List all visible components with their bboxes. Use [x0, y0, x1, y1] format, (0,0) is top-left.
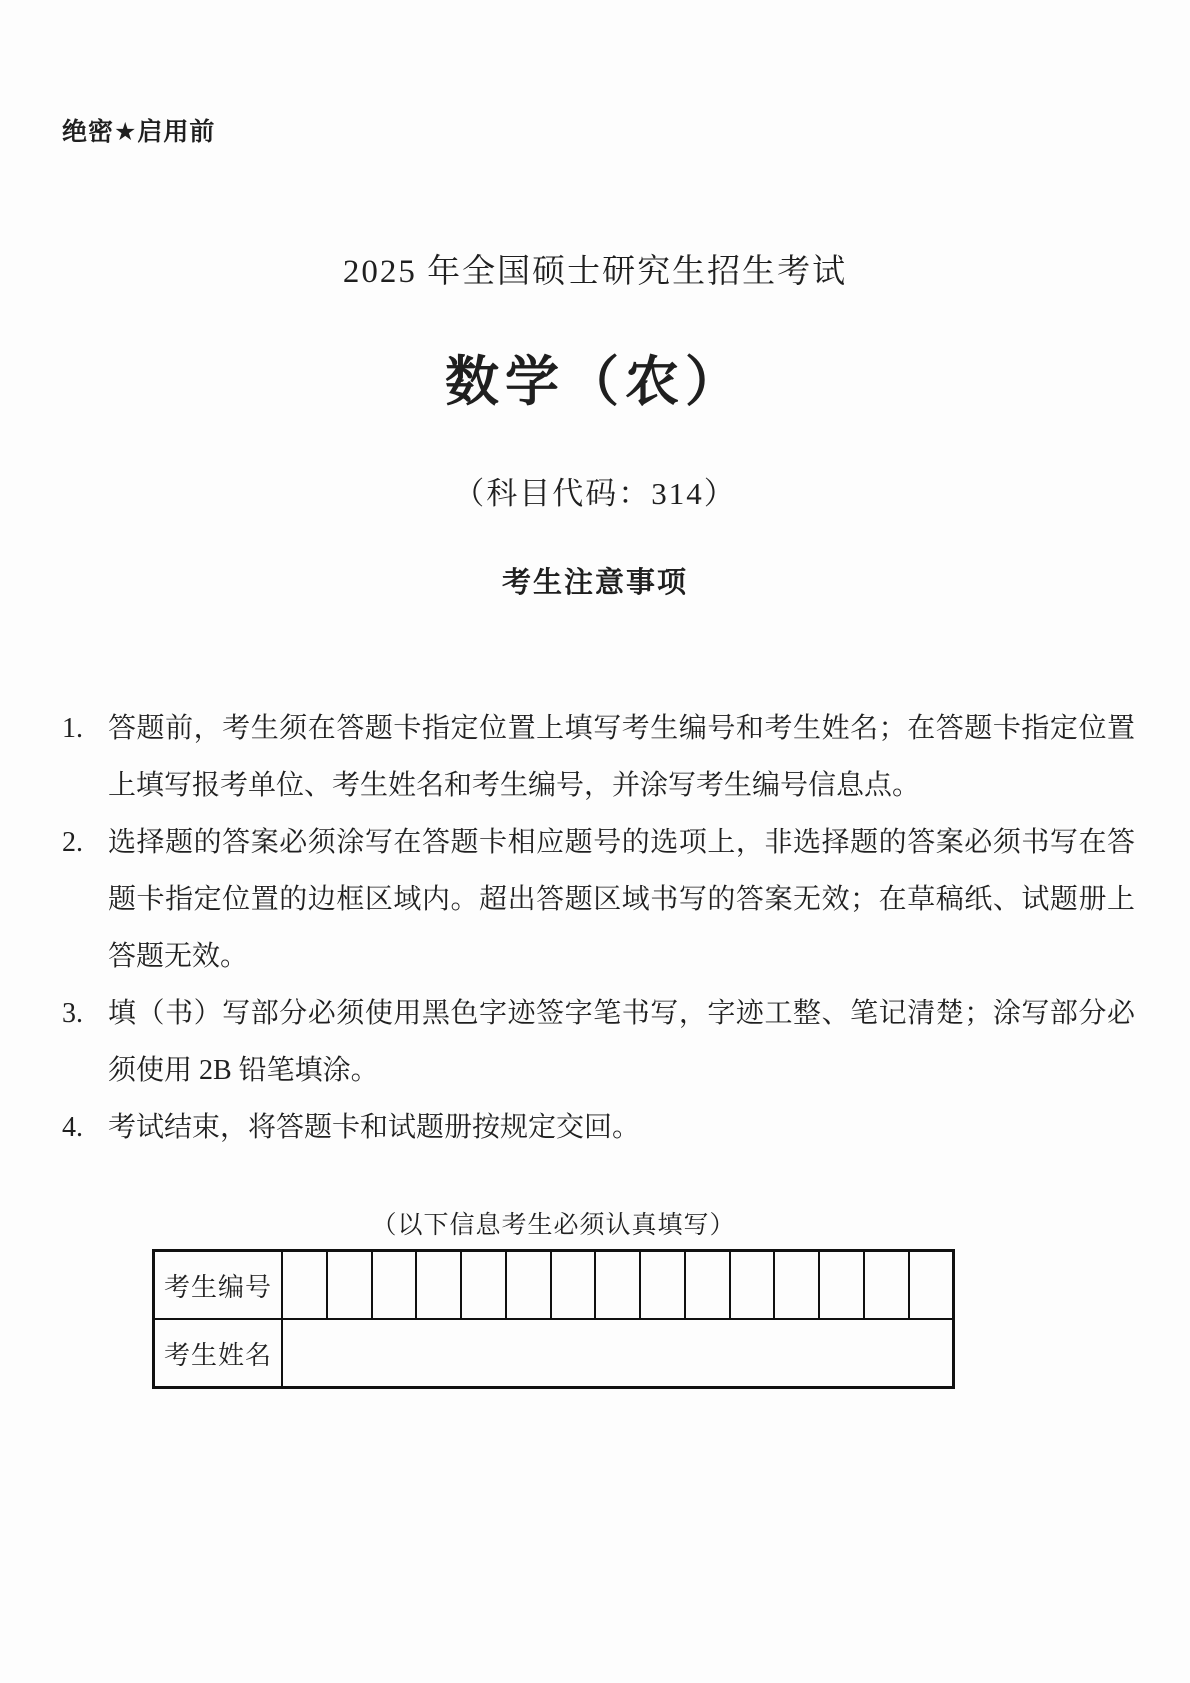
notice-text: 填（书）写部分必须使用黑色字迹签字笔书写，字迹工整、笔记清楚；涂写部分必须使用 … — [108, 985, 1135, 1099]
form-blank-cell — [909, 1251, 954, 1320]
notice-text: 选择题的答案必须涂写在答题卡相应题号的选项上，非选择题的答案必须书写在答题卡指定… — [108, 814, 1135, 985]
form-blank-cell — [327, 1251, 372, 1320]
exam-title: 2025 年全国硕士研究生招生考试 — [0, 245, 1190, 292]
fill-form-section: （以下信息考生必须认真填写） 考生编号 考生姓名 — [152, 1205, 955, 1389]
form-blank-cell — [372, 1251, 417, 1320]
form-blank-cell — [685, 1251, 730, 1320]
title-block: 2025 年全国硕士研究生招生考试 数学（农） （科目代码：314） — [0, 245, 1190, 513]
notice-item-1: 1. 答题前，考生须在答题卡指定位置上填写考生编号和考生姓名；在答题卡指定位置上… — [62, 700, 1135, 814]
notice-item-3: 3. 填（书）写部分必须使用黑色字迹签字笔书写，字迹工整、笔记清楚；涂写部分必须… — [62, 985, 1135, 1099]
form-blank-cell — [819, 1251, 864, 1320]
form-blank-cell — [461, 1251, 506, 1320]
notice-number: 3. — [62, 985, 108, 1042]
form-blank-cell — [774, 1251, 819, 1320]
notice-text: 答题前，考生须在答题卡指定位置上填写考生编号和考生姓名；在答题卡指定位置上填写报… — [108, 700, 1135, 814]
subject-code: （科目代码：314） — [0, 468, 1190, 513]
notice-list: 1. 答题前，考生须在答题卡指定位置上填写考生编号和考生姓名；在答题卡指定位置上… — [62, 700, 1135, 1156]
form-blank-cell — [282, 1251, 327, 1320]
notice-heading: 考生注意事项 — [0, 560, 1190, 601]
candidate-number-label: 考生编号 — [154, 1251, 283, 1320]
form-blank-cell — [282, 1319, 954, 1388]
notice-item-4: 4. 考试结束，将答题卡和试题册按规定交回。 — [62, 1099, 1135, 1156]
notice-item-2: 2. 选择题的答案必须涂写在答题卡相应题号的选项上，非选择题的答案必须书写在答题… — [62, 814, 1135, 985]
candidate-name-label: 考生姓名 — [154, 1319, 283, 1388]
fill-form-row: 考生编号 — [154, 1251, 954, 1320]
fill-form-row: 考生姓名 — [154, 1319, 954, 1388]
exam-cover-page: 绝密★启用前 2025 年全国硕士研究生招生考试 数学（农） （科目代码：314… — [0, 0, 1190, 1683]
subject-title: 数学（农） — [0, 339, 1190, 416]
classification-label: 绝密★启用前 — [62, 112, 215, 148]
notice-number: 4. — [62, 1099, 108, 1156]
notice-number: 1. — [62, 700, 108, 757]
fill-form-table: 考生编号 考生姓名 — [152, 1249, 955, 1389]
form-blank-cell — [864, 1251, 909, 1320]
form-blank-cell — [730, 1251, 775, 1320]
fill-form-caption: （以下信息考生必须认真填写） — [152, 1205, 955, 1241]
notice-text: 考试结束，将答题卡和试题册按规定交回。 — [108, 1099, 1135, 1156]
notice-number: 2. — [62, 814, 108, 871]
form-blank-cell — [506, 1251, 551, 1320]
form-blank-cell — [551, 1251, 596, 1320]
form-blank-cell — [640, 1251, 685, 1320]
form-blank-cell — [416, 1251, 461, 1320]
form-blank-cell — [595, 1251, 640, 1320]
